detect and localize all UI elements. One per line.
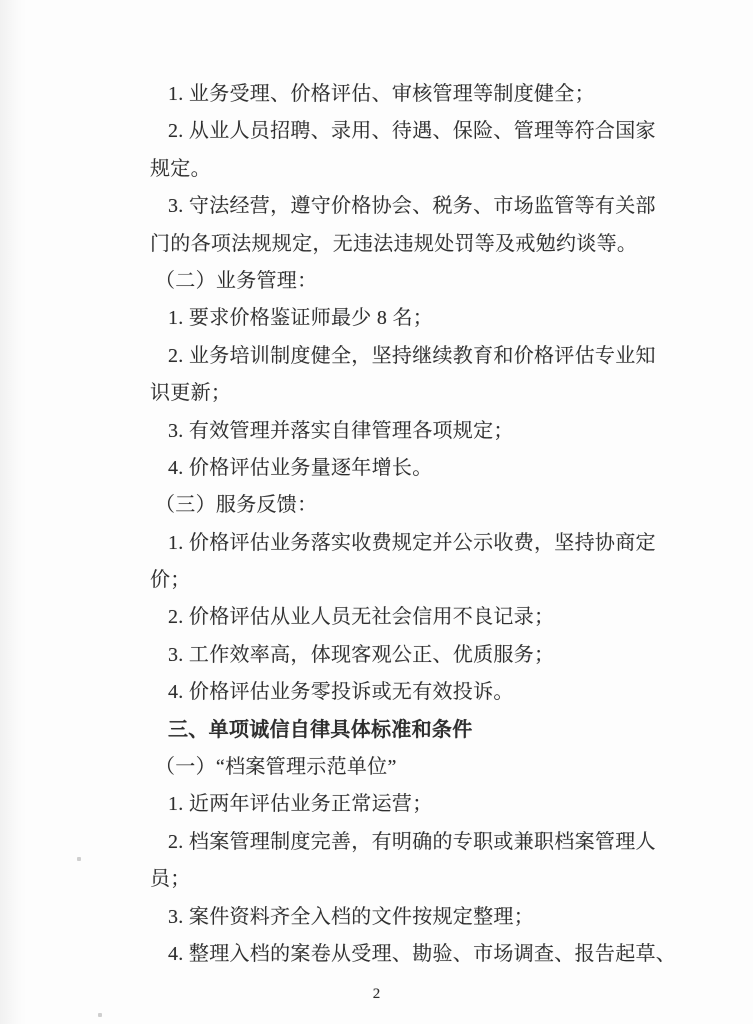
text-line: 3. 有效管理并落实自律管理各项规定； xyxy=(150,413,640,450)
text-line: 价； xyxy=(150,562,640,599)
text-line: 1. 价格评估业务落实收费规定并公示收费，坚持协商定 xyxy=(150,525,640,562)
page-number: 2 xyxy=(0,986,753,1003)
text-line: 2. 业务培训制度健全，坚持继续教育和价格评估专业知 xyxy=(150,338,640,375)
scan-noise-speck xyxy=(98,1013,102,1017)
scan-noise-speck xyxy=(77,857,81,861)
section-label: （三）服务反馈： xyxy=(150,487,640,524)
section-heading: 三、单项诚信自律具体标准和条件 xyxy=(150,712,640,749)
document-page: 1. 业务受理、价格评估、审核管理等制度健全； 2. 从业人员招聘、录用、待遇、… xyxy=(0,0,753,1024)
scan-edge-shadow xyxy=(0,0,27,1024)
text-line: 规定。 xyxy=(150,151,640,188)
section-label: （一）“档案管理示范单位” xyxy=(150,749,640,786)
text-line: 2. 档案管理制度完善，有明确的专职或兼职档案管理人 xyxy=(150,824,640,861)
text-line: 1. 要求价格鉴证师最少 8 名； xyxy=(150,300,640,337)
text-line: 2. 价格评估从业人员无社会信用不良记录； xyxy=(150,599,640,636)
text-line: 1. 近两年评估业务正常运营； xyxy=(150,786,640,823)
document-body: 1. 业务受理、价格评估、审核管理等制度健全； 2. 从业人员招聘、录用、待遇、… xyxy=(150,76,640,973)
text-line: 4. 价格评估业务零投诉或无有效投诉。 xyxy=(150,674,640,711)
text-line: 4. 价格评估业务量逐年增长。 xyxy=(150,450,640,487)
text-line: 3. 案件资料齐全入档的文件按规定整理； xyxy=(150,899,640,936)
text-line: 门的各项法规规定，无违法违规处罚等及戒勉约谈等。 xyxy=(150,226,640,263)
text-line: 员； xyxy=(150,861,640,898)
text-line: 4. 整理入档的案卷从受理、勘验、市场调查、报告起草、 xyxy=(150,936,640,973)
text-line: 3. 工作效率高，体现客观公正、优质服务； xyxy=(150,637,640,674)
text-line: 3. 守法经营，遵守价格协会、税务、市场监管等有关部 xyxy=(150,188,640,225)
text-line: 识更新； xyxy=(150,375,640,412)
text-line: 1. 业务受理、价格评估、审核管理等制度健全； xyxy=(150,76,640,113)
text-line: 2. 从业人员招聘、录用、待遇、保险、管理等符合国家 xyxy=(150,113,640,150)
section-label: （二）业务管理： xyxy=(150,263,640,300)
